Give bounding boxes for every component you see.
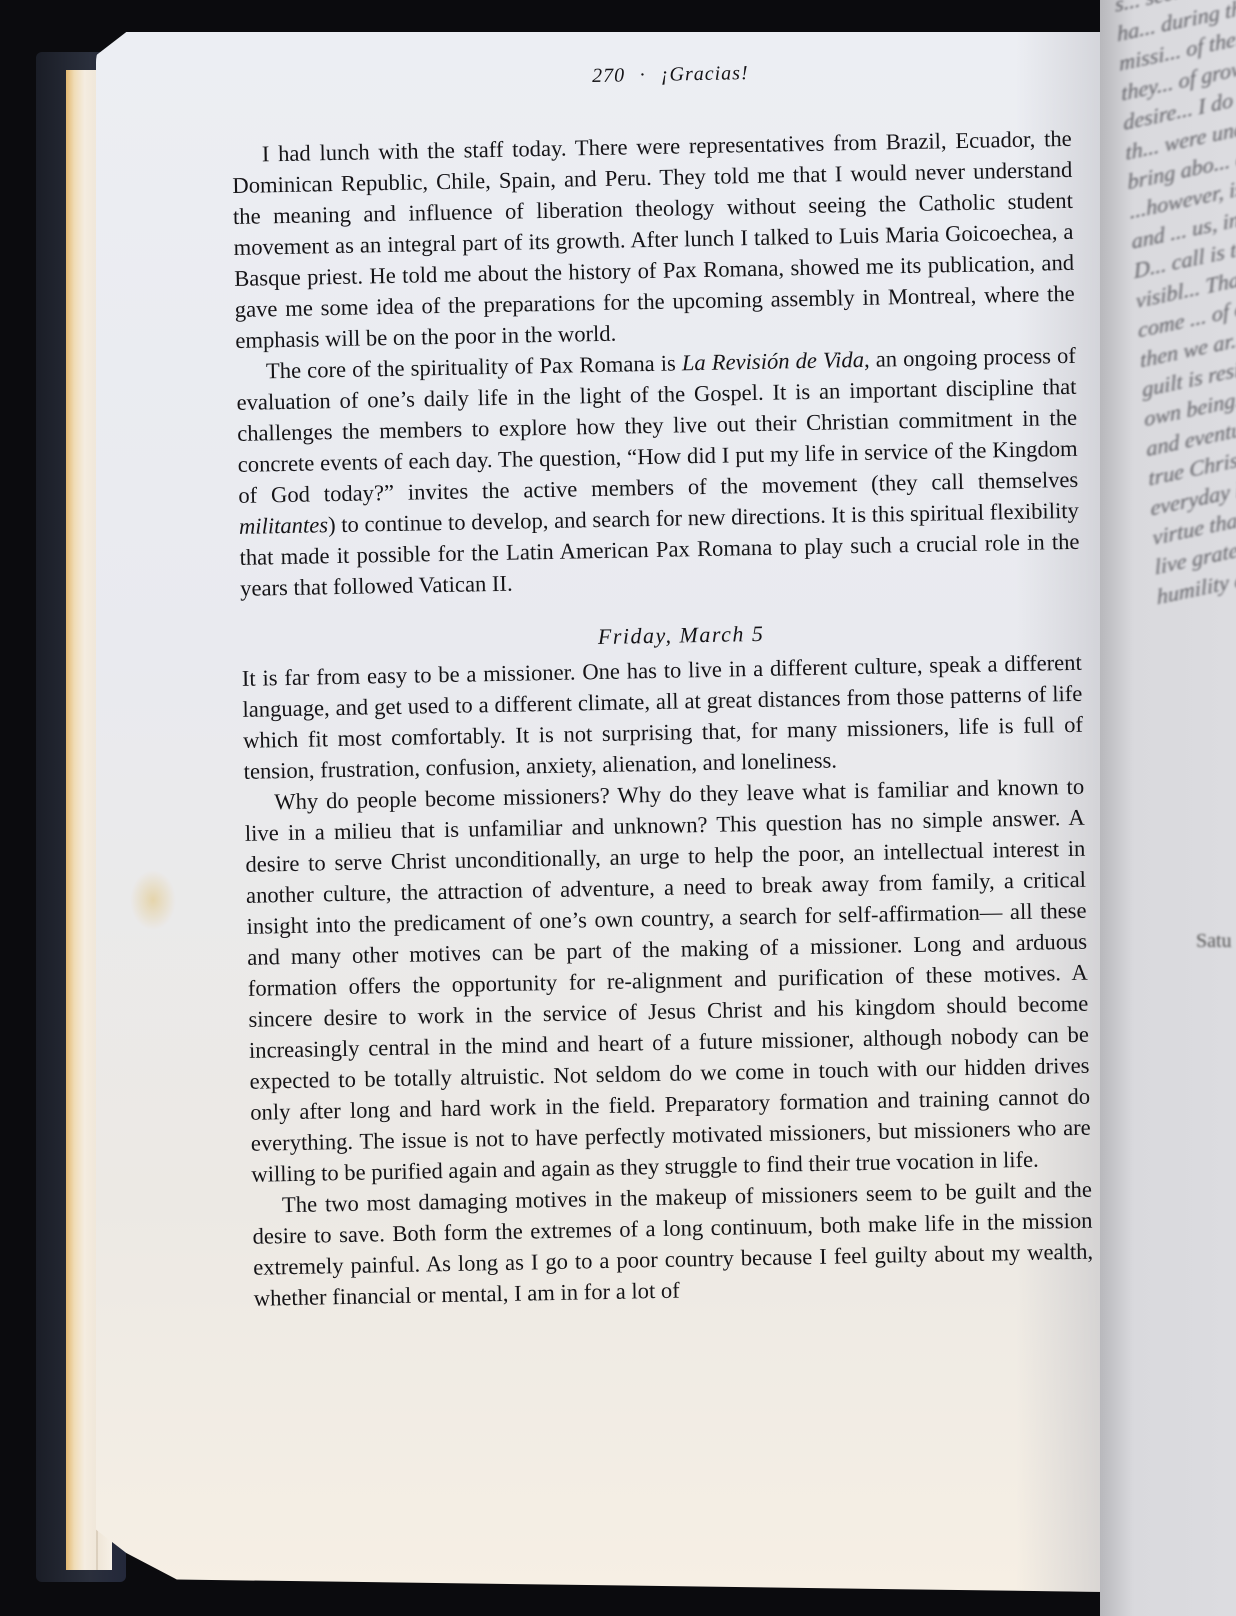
page-number: 270 [592,64,625,87]
page-content: 270·¡Gracias! I had lunch with the staff… [230,44,1094,1314]
book-title: ¡Gracias! [661,62,749,86]
running-head: 270·¡Gracias! [270,52,1070,98]
facing-page-heading: Satu [1196,930,1232,953]
page-stain [130,870,176,930]
paragraph: It is far from easy to be a missioner. O… [242,647,1084,787]
paragraph: Why do people become missioners? Why do … [244,771,1092,1190]
paragraph: The two most damaging motives in the mak… [252,1174,1094,1314]
italic-term: La Revisión de Vida [682,347,865,375]
facing-page: s... see... the... Many ha... during the… [1100,0,1236,1616]
paragraph: The core of the spirituality of Pax Roma… [236,340,1081,604]
running-head-separator: · [639,64,647,86]
facing-page-text: s... see... the... Many ha... during the… [1114,0,1236,612]
paragraph: I had lunch with the staff today. There … [232,123,1076,356]
italic-term: militantes [239,512,329,539]
